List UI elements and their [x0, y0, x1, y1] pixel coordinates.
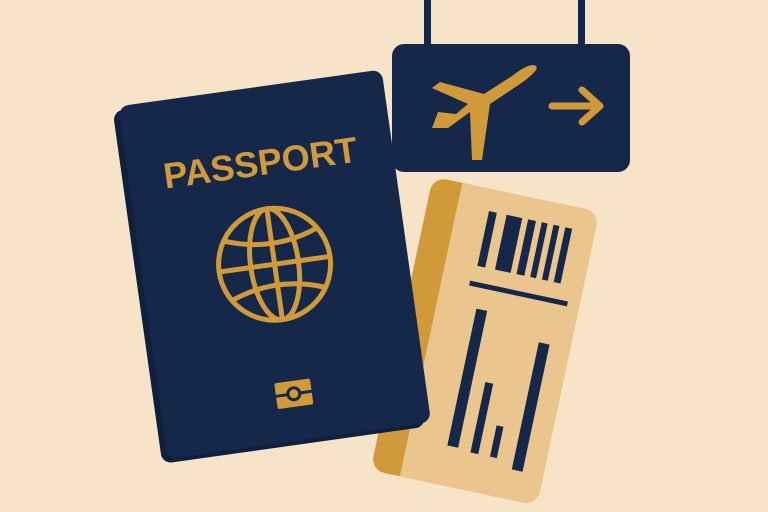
chip-icon [274, 378, 313, 409]
travel-illustration: PASSPORT [0, 0, 768, 512]
departure-sign [392, 0, 630, 172]
passport: PASSPORT [112, 69, 431, 463]
